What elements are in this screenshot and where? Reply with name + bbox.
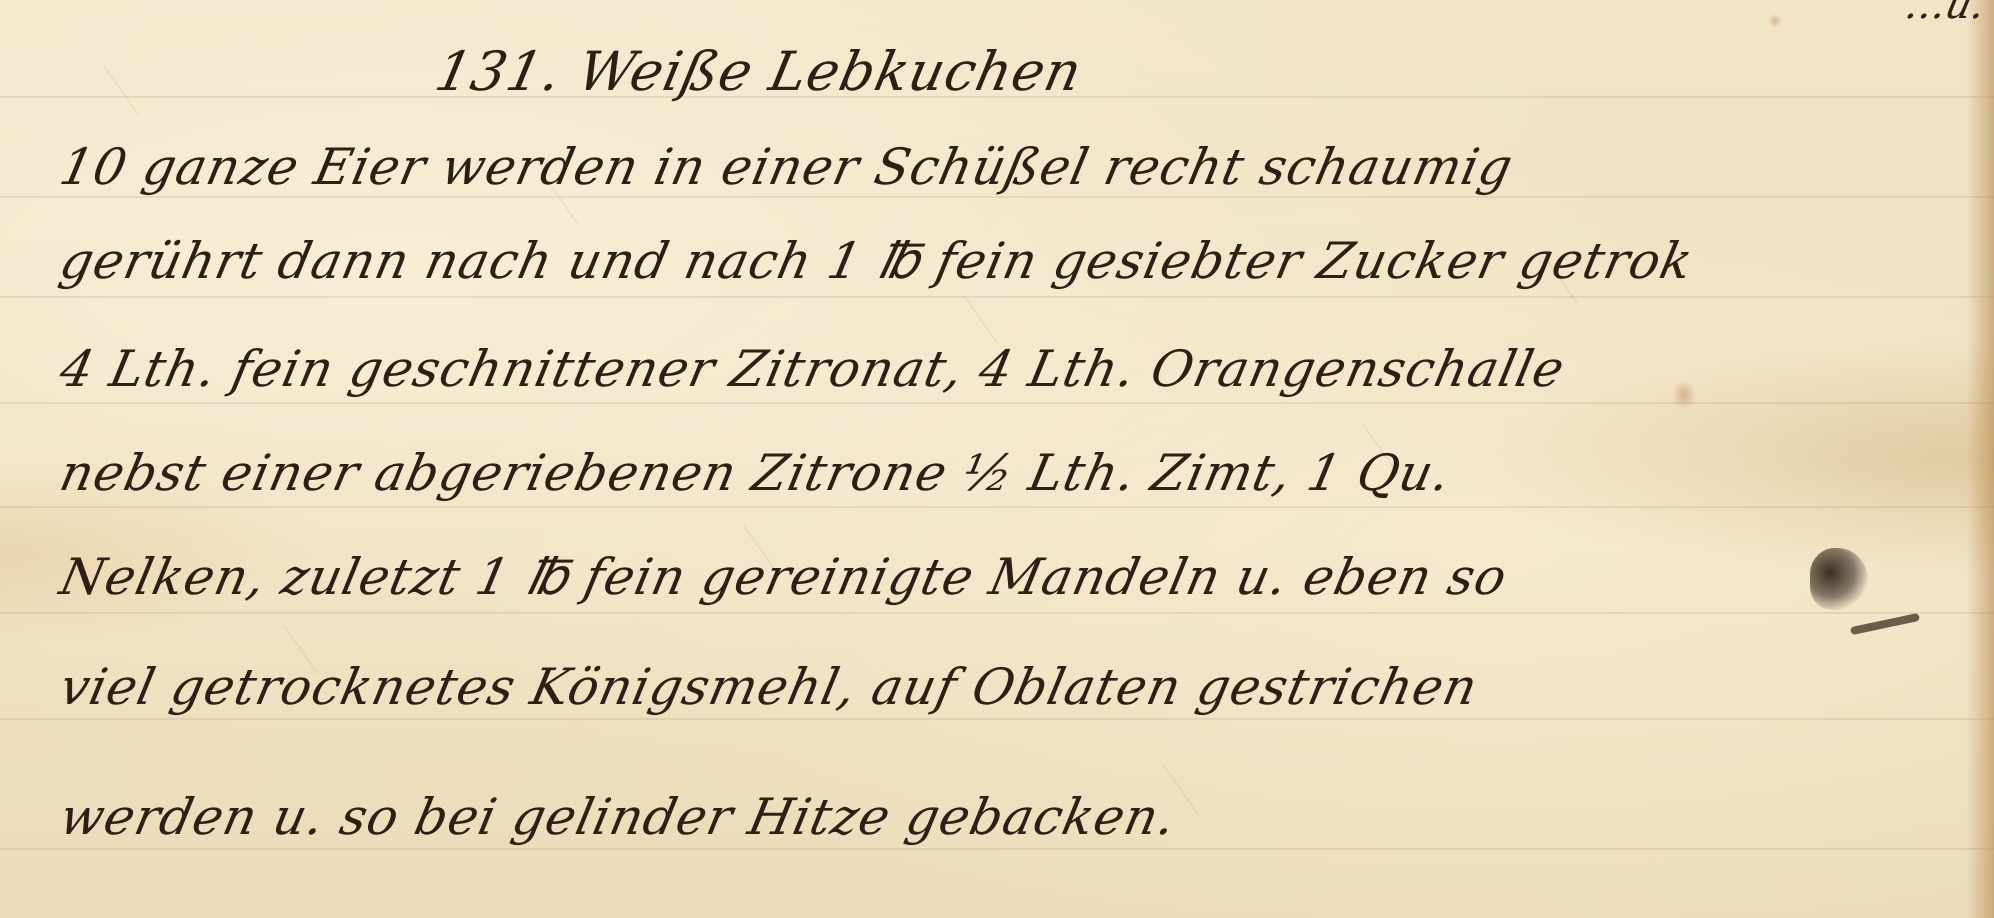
recipe-line: 4 Lth. fein geschnittener Zitronat, 4 Lt… bbox=[55, 340, 1570, 398]
ruled-line bbox=[0, 718, 1994, 720]
ink-smear bbox=[1850, 613, 1920, 635]
ruled-line bbox=[0, 296, 1994, 298]
ruled-line bbox=[0, 848, 1994, 850]
recipe-number: 131. bbox=[430, 40, 568, 103]
recipe-line: viel getrocknetes Königsmehl, auf Oblate… bbox=[55, 658, 1483, 716]
recipe-title: 131. Weiße Lebkuchen bbox=[430, 40, 1088, 103]
recipe-line: Nelken, zuletzt 1 ℔ fein gereinigte Mand… bbox=[55, 548, 1513, 606]
recipe-line: werden u. so bei gelinder Hitze gebacken… bbox=[55, 788, 1182, 846]
recipe-line: gerührt dann nach und nach 1 ℔ fein gesi… bbox=[55, 232, 1698, 290]
recipe-name: Weiße Lebkuchen bbox=[572, 40, 1088, 103]
ruled-line bbox=[0, 196, 1994, 198]
bleed-through-stroke bbox=[963, 295, 999, 345]
paper-stain bbox=[1672, 380, 1696, 410]
recipe-line: 10 ganze Eier werden in einer Schüßel re… bbox=[55, 138, 1518, 196]
ruled-line bbox=[0, 506, 1994, 508]
ink-blot bbox=[1810, 548, 1868, 610]
bleed-through-stroke bbox=[103, 65, 139, 115]
ruled-line bbox=[0, 612, 1994, 614]
recipe-line: nebst einer abgeriebenen Zitrone ½ Lth. … bbox=[55, 444, 1456, 502]
previous-line-fragment: …u. bbox=[1901, 0, 1989, 28]
ruled-line bbox=[0, 402, 1994, 404]
manuscript-page: …u. 131. Weiße Lebkuchen 10 ganze Eier w… bbox=[0, 0, 1994, 918]
paper-stain bbox=[1768, 14, 1782, 28]
page-edge-discoloration bbox=[1966, 0, 1994, 918]
